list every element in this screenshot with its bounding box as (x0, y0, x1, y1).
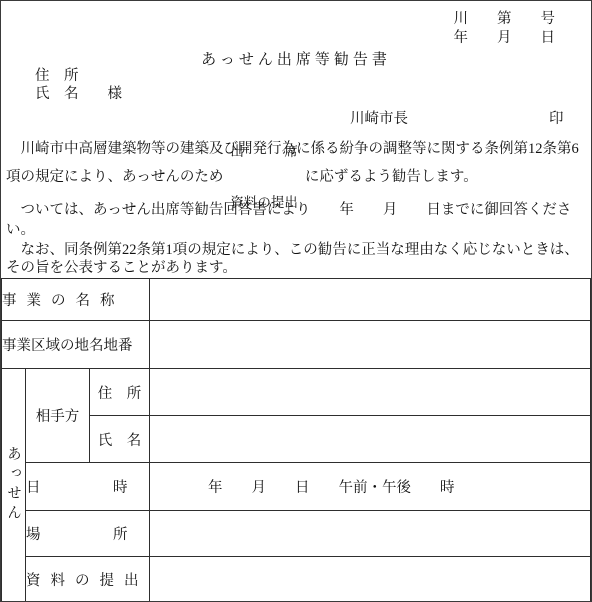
recipient-address-label: 住 所 (35, 67, 122, 85)
site-address-value (150, 321, 591, 369)
materials-label: 資料の提出 (26, 557, 150, 602)
recommendation-form-page: 川 第 号 年 月 日 あっせん出席等勧告書 住 所 氏 名 様 川崎市長 印 … (0, 0, 592, 602)
body-line-2-after: に応ずるよう勧告します。 (305, 167, 478, 187)
choice-attendance: 出 席 (230, 143, 298, 160)
recipient-name-line: 氏 名 様 (35, 85, 122, 103)
materials-value (150, 557, 591, 602)
doc-number-line: 川 第 号 (454, 10, 556, 29)
table-row: 場 所 (2, 511, 591, 557)
table-row: 事業区域の地名地番 (2, 321, 591, 369)
party-label: 相手方 (26, 369, 90, 463)
table-row: 日 時 年 月 日 午前・午後 時 (2, 463, 591, 511)
table-row: あっせん 相手方 住 所 (2, 369, 591, 416)
party-name-value (150, 416, 591, 463)
doc-date-line: 年 月 日 (454, 29, 556, 48)
form-table: 事業の名称 事業区域の地名地番 あっせん 相手方 住 所 氏 名 日 時 年 月… (1, 278, 591, 602)
party-address-label: 住 所 (90, 369, 150, 416)
datetime-label: 日 時 (26, 463, 150, 511)
seal-mark: 印 (549, 107, 564, 128)
table-row: 事業の名称 (2, 279, 591, 321)
doc-number-block: 川 第 号 年 月 日 (454, 10, 556, 48)
site-address-label: 事業区域の地名地番 (2, 321, 150, 369)
place-value (150, 511, 591, 557)
datetime-value: 年 月 日 午前・午後 時 (150, 463, 591, 511)
project-name-label: 事業の名称 (2, 279, 150, 321)
page-title: あっせん出席等勧告書 (1, 48, 591, 69)
body-line-5: なお、同条例第22条第1項の規定により、この勧告に正当な理由なく応じないときは、 (6, 240, 589, 260)
party-name-label: 氏 名 (90, 416, 150, 463)
table-row: 氏 名 (2, 416, 591, 463)
project-name-value (150, 279, 591, 321)
recipient-block: 住 所 氏 名 様 (35, 67, 122, 103)
body-line-6: その旨を公表することがあります。 (6, 258, 589, 278)
table-row: 資料の提出 (2, 557, 591, 602)
body-line-2: 項の規定により、あっせんのため 出 席 資料の提出 に応ずるよう勧告します。 (6, 158, 589, 196)
party-address-value (150, 369, 591, 416)
body-line-3: ついては、あっせん出席等勧告回答書により 年 月 日までに御回答くださ (6, 200, 589, 220)
place-label: 場 所 (26, 511, 150, 557)
body-line-4: い。 (6, 220, 589, 240)
body-line-2-before: 項の規定により、あっせんのため (6, 167, 223, 187)
mayor-name: 川崎市長 (350, 107, 408, 128)
assen-vertical-label: あっせん (2, 369, 26, 602)
